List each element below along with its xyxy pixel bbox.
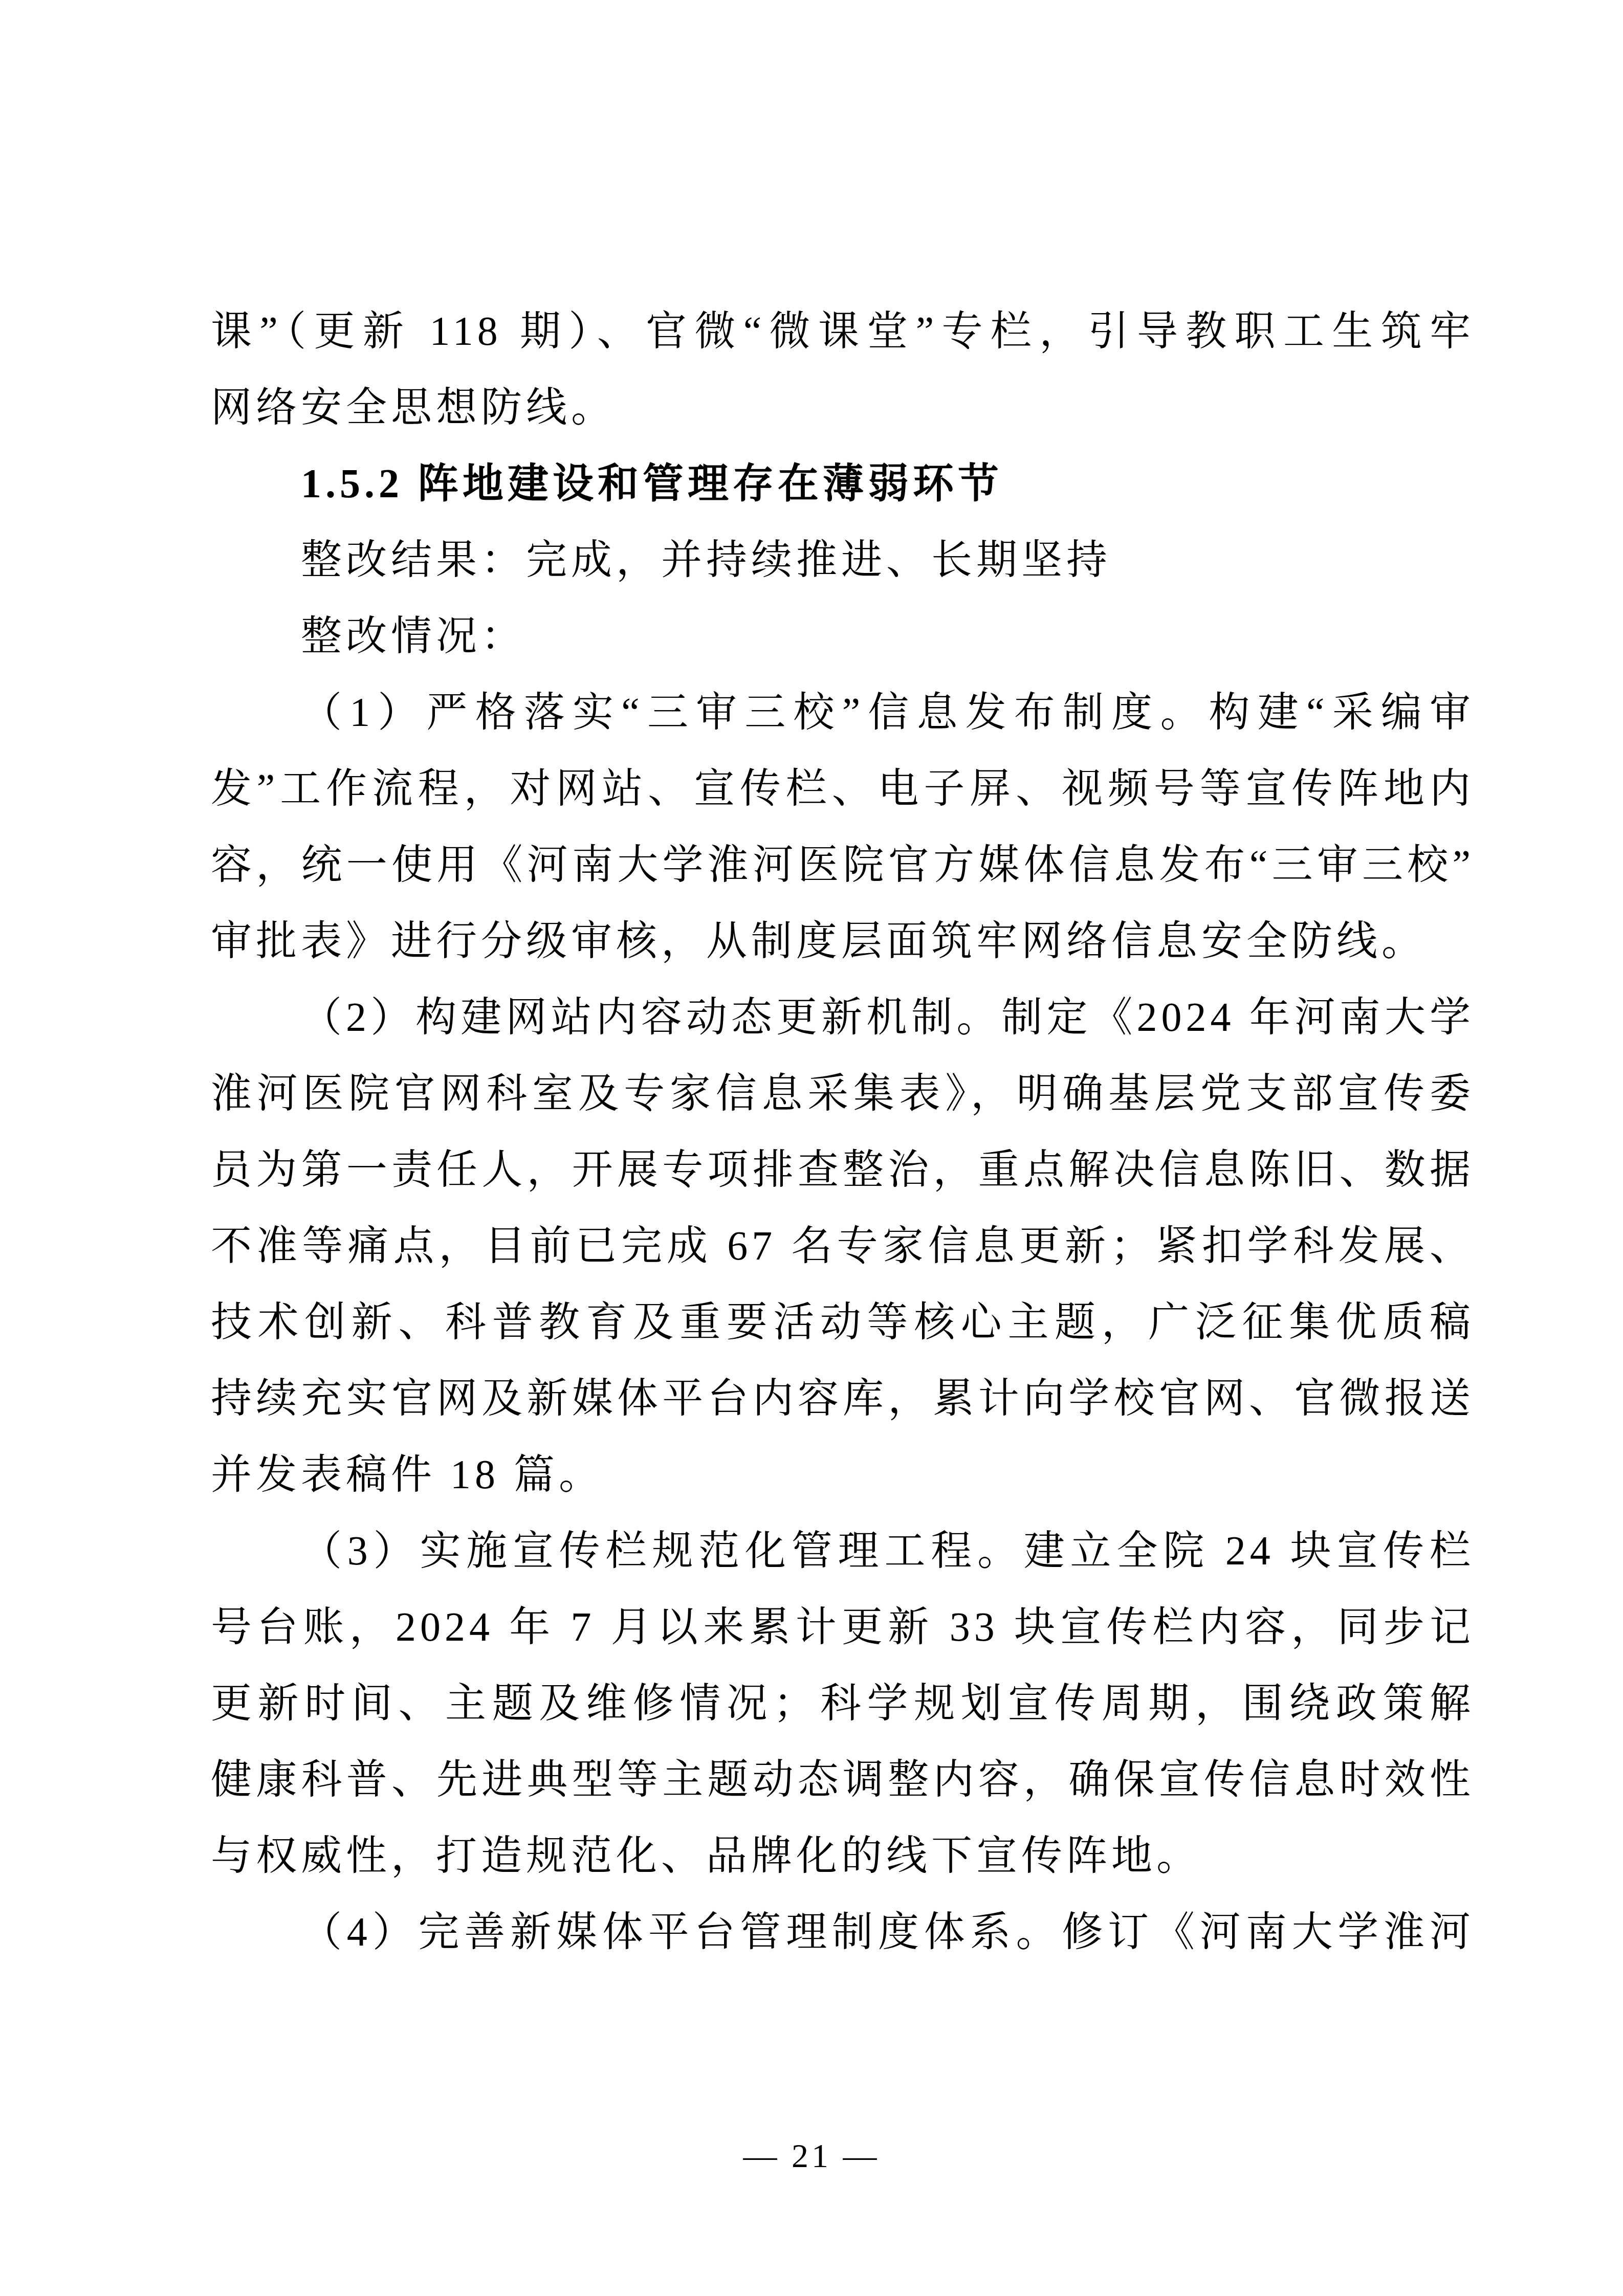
text-line: 与权威性，打造规范化、品牌化的线下宣传阵地。 <box>211 1818 1475 1894</box>
text-line: 淮河医院官网科室及专家信息采集表》，明确基层党支部宣传委 <box>211 1056 1475 1132</box>
text-line: （1）严格落实“三审三校”信息发布制度。构建“采编审 <box>211 675 1475 751</box>
text-line: （3）实施宣传栏规范化管理工程。建立全院 24 块宣传栏编 <box>211 1513 1475 1589</box>
page-footer: — 21 — <box>0 2123 1623 2190</box>
document-body: 课”（更新 118 期）、官微“微课堂”专栏，引导教职工生筑牢网络安全思想防线。… <box>211 294 1475 1971</box>
text-line: （2）构建网站内容动态更新机制。制定《2024 年河南大学 <box>211 980 1475 1056</box>
text-line: 持续充实官网及新媒体平台内容库，累计向学校官网、官微报送 <box>211 1361 1475 1437</box>
text-line: 发”工作流程，对网站、宣传栏、电子屏、视频号等宣传阵地内 <box>211 751 1475 827</box>
text-line: 并发表稿件 18 篇。 <box>211 1437 1475 1513</box>
text-line: 容，统一使用《河南大学淮河医院官方媒体信息发布“三审三校” <box>211 827 1475 903</box>
text-line: 健康科普、先进典型等主题动态调整内容，确保宣传信息时效性 <box>211 1742 1475 1818</box>
text-line: 更新时间、主题及维修情况；科学规划宣传周期，围绕政策解读、 <box>211 1666 1475 1742</box>
text-line: 员为第一责任人，开展专项排查整治，重点解决信息陈旧、数据 <box>211 1132 1475 1208</box>
text-line: 技术创新、科普教育及重要活动等核心主题，广泛征集优质稿件， <box>211 1285 1475 1361</box>
text-line: 审批表》进行分级审核，从制度层面筑牢网络信息安全防线。 <box>211 903 1475 980</box>
section-heading: 1.5.2 阵地建设和管理存在薄弱环节 <box>211 446 1475 522</box>
page-number: — 21 — <box>743 2137 880 2175</box>
text-line: 不准等痛点，目前已完成 67 名专家信息更新；紧扣学科发展、 <box>211 1208 1475 1285</box>
text-line: 号台账，2024 年 7 月以来累计更新 33 块宣传栏内容，同步记录 <box>211 1589 1475 1666</box>
text-line: 网络安全思想防线。 <box>211 370 1475 446</box>
text-line: 整改情况： <box>211 599 1475 675</box>
text-line: （4）完善新媒体平台管理制度体系。修订《河南大学淮河 <box>211 1894 1475 1971</box>
text-line: 课”（更新 118 期）、官微“微课堂”专栏，引导教职工生筑牢 <box>211 294 1475 370</box>
text-line: 整改结果：完成，并持续推进、长期坚持 <box>211 522 1475 599</box>
document-page: 课”（更新 118 期）、官微“微课堂”专栏，引导教职工生筑牢网络安全思想防线。… <box>0 0 1623 2296</box>
